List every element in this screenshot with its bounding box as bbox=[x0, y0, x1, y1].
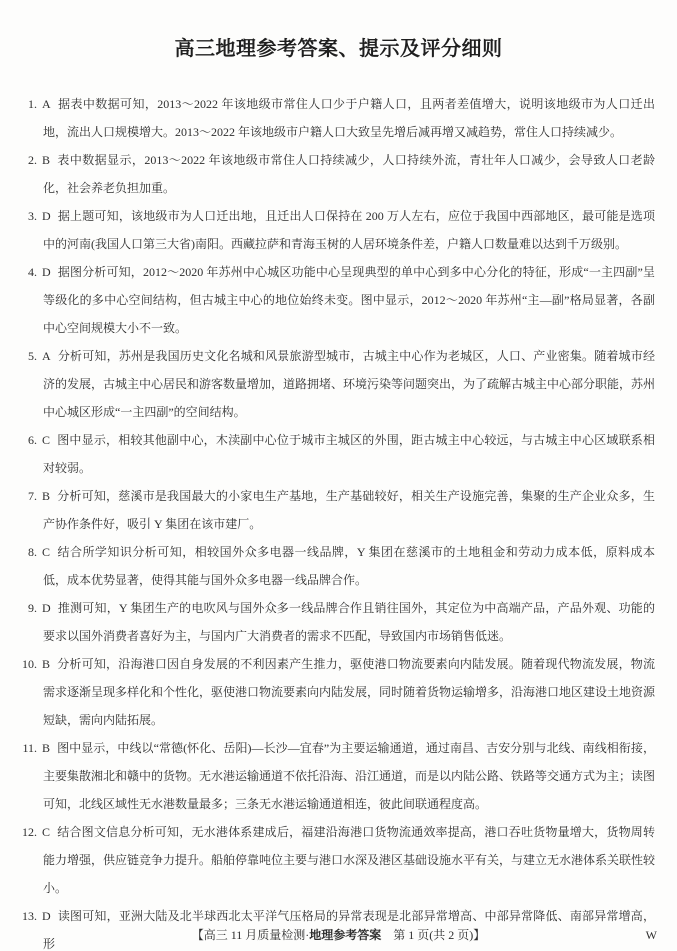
answer-item: 6.C图中显示，相较其他副中心，木渎副中心位于城市主城区的外围，距古城主中心较远… bbox=[20, 426, 655, 482]
answer-item: 2.B表中数据显示，2013～2022 年该地级市常住人口持续减少，人口持续外流… bbox=[20, 146, 655, 202]
answer-letter: D bbox=[42, 909, 51, 923]
question-number: 1. bbox=[20, 90, 37, 118]
answer-explanation: 分析可知，苏州是我国历史文化名城和风景旅游型城市，古城主中心作为老城区，人口、产… bbox=[43, 349, 655, 419]
answer-letter: C bbox=[42, 545, 50, 559]
answer-letter: C bbox=[42, 825, 50, 839]
question-number: 4. bbox=[20, 258, 37, 286]
answer-item: 7.B分析可知，慈溪市是我国最大的小家电生产基地，生产基础较好，相关生产设施完善… bbox=[20, 482, 655, 538]
question-number: 8. bbox=[20, 538, 37, 566]
answer-letter: B bbox=[42, 489, 50, 503]
answer-letter: B bbox=[42, 741, 50, 755]
question-number: 5. bbox=[20, 342, 37, 370]
watermark-letter: W bbox=[646, 925, 657, 945]
answer-letter: B bbox=[42, 153, 50, 167]
question-number: 9. bbox=[20, 594, 37, 622]
answer-letter: D bbox=[42, 265, 51, 279]
answer-item: 12.C结合图文信息分析可知，无水港体系建成后，福建沿海港口货物流通效率提高，港… bbox=[20, 818, 655, 902]
answer-explanation: 表中数据显示，2013～2022 年该地级市常住人口持续减少，人口持续外流，青壮… bbox=[43, 153, 655, 195]
answer-item: 1.A据表中数据可知，2013～2022 年该地级市常住人口少于户籍人口，且两者… bbox=[20, 90, 655, 146]
answer-explanation: 图中显示，中线以“常德(怀化、岳阳)—长沙—宜春”为主要运输通道，通过南昌、吉安… bbox=[43, 741, 655, 811]
answer-letter: D bbox=[42, 601, 51, 615]
answer-explanation: 据表中数据可知，2013～2022 年该地级市常住人口少于户籍人口，且两者差值增… bbox=[43, 97, 655, 139]
question-number: 11. bbox=[20, 734, 37, 762]
answer-explanation: 分析可知，沿海港口因自身发展的不利因素产生推力，驱使港口物流要素向内陆发展。随着… bbox=[43, 657, 655, 727]
answer-explanation: 推测可知，Y 集团生产的电吹风与国外众多一线品牌合作且销往国外，其定位为中高端产… bbox=[43, 601, 655, 643]
answer-item: 3.D据上题可知，该地级市为人口迁出地，且迁出人口保持在 200 万人左右，应位… bbox=[20, 202, 655, 258]
answer-explanation: 图中显示，相较其他副中心，木渎副中心位于城市主城区的外围，距古城主中心较远，与古… bbox=[43, 433, 655, 475]
answer-explanation: 据上题可知，该地级市为人口迁出地，且迁出人口保持在 200 万人左右，应位于我国… bbox=[43, 209, 655, 251]
page-footer: 【高三 11 月质量检测·地理参考答案 第 1 页(共 2 页)】 W bbox=[0, 925, 677, 945]
answer-item: 4.D据图分析可知，2012～2020 年苏州中心城区功能中心呈现典型的单中心到… bbox=[20, 258, 655, 342]
answer-item: 10.B分析可知，沿海港口因自身发展的不利因素产生推力，驱使港口物流要素向内陆发… bbox=[20, 650, 655, 734]
answer-item: 11.B图中显示，中线以“常德(怀化、岳阳)—长沙—宜春”为主要运输通道，通过南… bbox=[20, 734, 655, 818]
question-number: 3. bbox=[20, 202, 37, 230]
answer-sheet-page: 高三地理参考答案、提示及评分细则 1.A据表中数据可知，2013～2022 年该… bbox=[0, 0, 677, 951]
answer-explanation: 结合所学知识分析可知，相较国外众多电器一线品牌，Y 集团在慈溪市的土地租金和劳动… bbox=[43, 545, 655, 587]
answer-explanation: 结合图文信息分析可知，无水港体系建成后，福建沿海港口货物流通效率提高，港口吞吐货… bbox=[43, 825, 655, 895]
question-number: 7. bbox=[20, 482, 37, 510]
answer-item: 8.C结合所学知识分析可知，相较国外众多电器一线品牌，Y 集团在慈溪市的土地租金… bbox=[20, 538, 655, 594]
answer-item: 9.D推测可知，Y 集团生产的电吹风与国外众多一线品牌合作且销往国外，其定位为中… bbox=[20, 594, 655, 650]
answer-letter: B bbox=[42, 657, 50, 671]
footer-exam-label: 【高三 11 月质量检测· bbox=[192, 928, 310, 942]
answer-explanation: 分析可知，慈溪市是我国最大的小家电生产基地，生产基础较好，相关生产设施完善，集聚… bbox=[43, 489, 655, 531]
question-number: 12. bbox=[20, 818, 37, 846]
footer-subject-label: 地理参考答案 bbox=[309, 928, 381, 942]
answer-list: 1.A据表中数据可知，2013～2022 年该地级市常住人口少于户籍人口，且两者… bbox=[0, 90, 677, 951]
answer-explanation: 据图分析可知，2012～2020 年苏州中心城区功能中心呈现典型的单中心到多中心… bbox=[43, 265, 655, 335]
question-number: 2. bbox=[20, 146, 37, 174]
question-number: 10. bbox=[20, 650, 37, 678]
question-number: 6. bbox=[20, 426, 37, 454]
answer-item: 5.A分析可知，苏州是我国历史文化名城和风景旅游型城市，古城主中心作为老城区，人… bbox=[20, 342, 655, 426]
footer-page-info: 第 1 页(共 2 页)】 bbox=[381, 928, 485, 942]
answer-letter: A bbox=[42, 97, 51, 111]
page-title: 高三地理参考答案、提示及评分细则 bbox=[0, 35, 677, 63]
answer-letter: C bbox=[42, 433, 50, 447]
answer-letter: A bbox=[42, 349, 51, 363]
answer-letter: D bbox=[42, 209, 51, 223]
